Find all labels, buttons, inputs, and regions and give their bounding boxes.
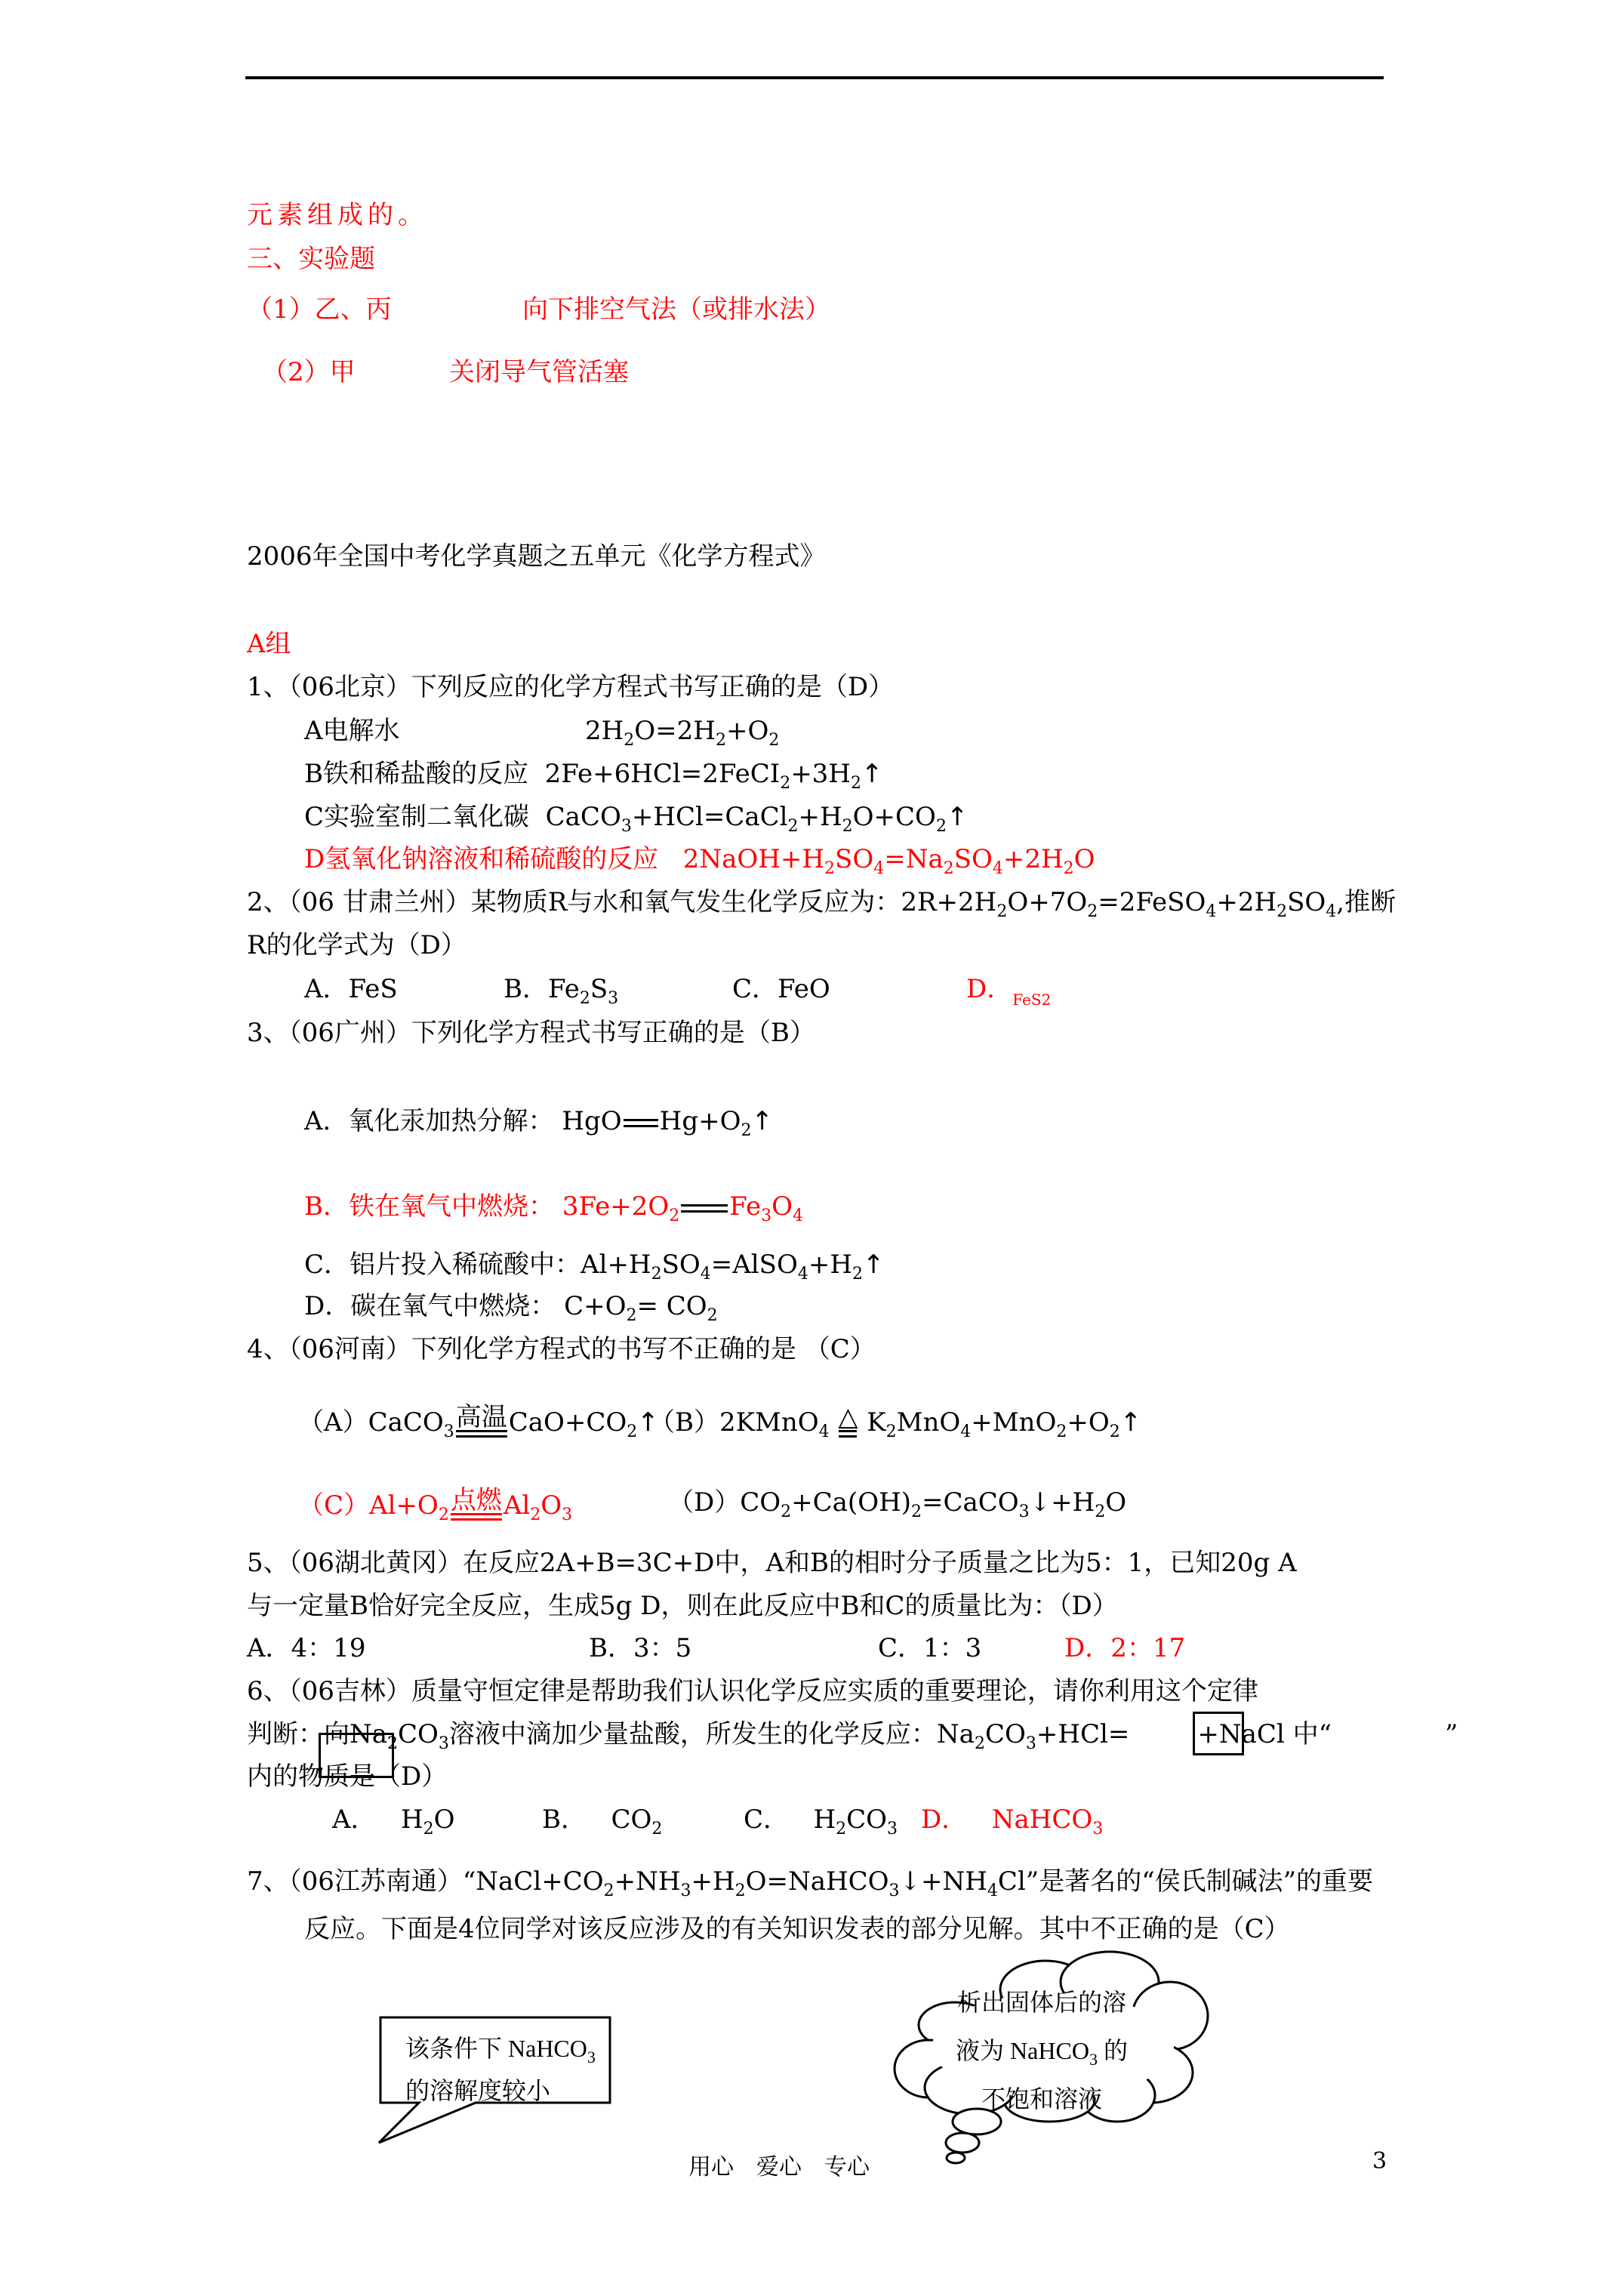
page-number: 3 xyxy=(1372,2148,1387,2174)
option-label: A电解水 xyxy=(304,716,400,746)
doc-title: 2006年全国中考化学真题之五单元《化学方程式》 xyxy=(247,541,826,572)
equals-bar xyxy=(681,1204,728,1213)
equals-bar xyxy=(624,1119,658,1127)
option-label: B．铁在氧气中燃烧： xyxy=(304,1191,554,1222)
q4-option-d: （D）CO2+Ca(OH)2=CaCO3↓+H2O xyxy=(668,1487,1126,1518)
question-number: 5、 xyxy=(247,1548,289,1578)
question-3: 3、（06广州）下列化学方程式书写正确的是（B） xyxy=(247,1018,815,1048)
question-stem: （06河南）下列化学方程式的书写不正确的是 （C） xyxy=(289,1334,876,1364)
q1-option-d: D氢氧化钠溶液和稀硫酸的反应 2NaOH+H2SO4=Na2SO4+2H2O xyxy=(304,844,1095,874)
reaction-condition: 点燃 xyxy=(451,1487,502,1521)
exp2-answer: 关闭导气管活塞 xyxy=(449,357,629,387)
question-number: 1、 xyxy=(247,672,289,702)
q3-option-a: A．氧化汞加热分解： HgOHg+O2↑ xyxy=(304,1106,773,1136)
q2-option-d: D．FeS2 xyxy=(966,974,1051,1015)
answer-blank-box xyxy=(1193,1712,1244,1755)
up-arrow-icon: ↑ xyxy=(861,759,883,789)
up-arrow-icon: ↑ xyxy=(751,1106,773,1136)
option-label: C实验室制二氧化碳 xyxy=(304,802,529,832)
q1-option-b: B铁和稀盐酸的反应 2Fe+6HCl=2FeCI2+3H2↑ xyxy=(304,759,882,789)
question-stem: （06江苏南通）“NaCl+CO xyxy=(289,1866,604,1897)
q5-stem-line2: 与一定量B恰好完全反应，生成5g D，则在此反应中B和C的质量比为：（D） xyxy=(247,1591,1118,1621)
q3-option-b: B．铁在氧气中燃烧： 3Fe+2O2Fe3O4 xyxy=(304,1191,803,1222)
q6-stem-line2: 判断：向Na2CO3溶液中滴加少量盐酸，所发生的化学反应：Na2CO3+HCl=… xyxy=(247,1719,1458,1749)
question-number: 6、 xyxy=(247,1676,289,1706)
option-label: （C） xyxy=(298,1490,369,1521)
question-2: 2、（06 甘肃兰州）某物质R与水和氧气发生化学反应为：2R+2H2O+7O2=… xyxy=(247,887,1396,917)
speech-bubble-text: 该条件下 NaHCO3 的溶解度较小 xyxy=(405,2027,596,2112)
q3-option-c: C．铝片投入稀硫酸中：Al+H2SO4=AlSO4+H2↑ xyxy=(304,1250,885,1280)
q4-option-b: （B）2KMnO4 △ K2MnO4+MnO2+O2↑ xyxy=(649,1404,1141,1438)
question-4: 4、（06河南）下列化学方程式的书写不正确的是 （C） xyxy=(247,1334,876,1364)
option-label: A．氧化汞加热分解： xyxy=(304,1106,554,1136)
question-stem: （06吉林）质量守恒定律是帮助我们认识化学反应实质的重要理论，请你利用这个定律 xyxy=(289,1676,1258,1706)
footer-motto: 用心 爱心 专心 xyxy=(688,2148,870,2181)
question-stem: （06湖北黄冈）在反应2A+B=3C+D中，A和B的相时分子质量之比为5：1，已… xyxy=(289,1548,1297,1578)
question-number: 2、 xyxy=(247,887,289,917)
q5-option-d: D．2：17 xyxy=(1064,1633,1185,1663)
q5-option-c: C．1：3 xyxy=(878,1633,981,1663)
q6-option-c: C． H2CO3 xyxy=(744,1804,898,1835)
exp1-label: （1）乙、丙 xyxy=(247,294,392,325)
question-1: 1、（06北京）下列反应的化学方程式书写正确的是（D） xyxy=(247,672,894,702)
option-label: （D） xyxy=(668,1487,740,1518)
blank-box xyxy=(319,1733,394,1778)
exp2-label: （2）甲 xyxy=(262,357,356,387)
option-label: D．碳在氧气中燃烧： xyxy=(304,1291,556,1321)
q5-option-b: B．3：5 xyxy=(589,1633,691,1663)
option-label: （A） xyxy=(298,1407,368,1438)
question-6: 6、（06吉林）质量守恒定律是帮助我们认识化学反应实质的重要理论，请你利用这个定… xyxy=(247,1676,1258,1706)
q6-option-d: D． NaHCO3 xyxy=(921,1804,1103,1835)
q6-option-a: A． H2O xyxy=(332,1804,455,1835)
up-arrow-icon: ↑ xyxy=(947,802,969,832)
thought-cloud-text: 析出固体后的溶 液为 NaHCO3 的 不饱和溶液 xyxy=(955,1978,1129,2123)
question-5: 5、（06湖北黄冈）在反应2A+B=3C+D中，A和B的相时分子质量之比为5：1… xyxy=(247,1548,1297,1578)
q7-stem-line2: 反应。下面是4位同学对该反应涉及的有关知识发表的部分见解。其中不正确的是（C） xyxy=(304,1914,1290,1944)
question-number: 4、 xyxy=(247,1334,289,1364)
heat-condition: △ xyxy=(839,1404,857,1438)
option-label: （B） xyxy=(649,1407,719,1438)
q1-option-c: C实验室制二氧化碳 CaCO3+HCl=CaCl2+H2O+CO2↑ xyxy=(304,802,968,832)
option-label: C．铝片投入稀硫酸中： xyxy=(304,1250,581,1280)
q1-option-a: A电解水 xyxy=(304,716,400,746)
exp1-answer: 向下排空气法（或排水法） xyxy=(522,294,830,325)
q2-option-a: A．FeS xyxy=(304,974,398,1004)
question-number: 3、 xyxy=(247,1018,289,1048)
q3-option-d: D．碳在氧气中燃烧： C+O2= CO2 xyxy=(304,1291,718,1321)
option-label: B铁和稀盐酸的反应 xyxy=(304,759,528,789)
q2-option-b: B．Fe2S3 xyxy=(504,974,618,1004)
option-label: D氢氧化钠溶液和稀硫酸的反应 xyxy=(304,844,658,874)
question-stem: （06广州）下列化学方程式书写正确的是（B） xyxy=(289,1018,815,1048)
q2-option-c: C．FeO xyxy=(732,974,830,1004)
up-arrow-icon: ↑ xyxy=(863,1250,885,1280)
question-number: 7、 xyxy=(247,1866,289,1897)
question-stem: （06北京）下列反应的化学方程式书写正确的是（D） xyxy=(289,672,895,702)
q5-option-a: A．4：19 xyxy=(247,1633,365,1663)
question-stem: （06 甘肃兰州）某物质R与水和氧气发生化学反应为： xyxy=(289,887,901,917)
question-7: 7、（06江苏南通）“NaCl+CO2+NH3+H2O=NaHCO3↓+NH4C… xyxy=(247,1866,1373,1897)
q1-option-a-eq: 2H2O=2H2+O2 xyxy=(585,716,779,746)
q6-option-b: B． CO2 xyxy=(542,1804,662,1835)
up-arrow-icon: ↑ xyxy=(1120,1407,1142,1438)
q4-option-c: （C）Al+O2点燃Al2O3 xyxy=(298,1487,572,1521)
q2-stem-line2: R的化学式为（D） xyxy=(247,930,467,960)
q4-option-a: （A）CaCO3高温CaO+CO2↑ xyxy=(298,1404,659,1438)
header-rule xyxy=(245,76,1384,79)
reaction-condition: 高温 xyxy=(456,1404,507,1438)
prev-section-tail: 元素组成的。 xyxy=(247,200,428,230)
section3-title: 三、实验题 xyxy=(247,244,375,274)
group-label: A组 xyxy=(247,629,291,659)
